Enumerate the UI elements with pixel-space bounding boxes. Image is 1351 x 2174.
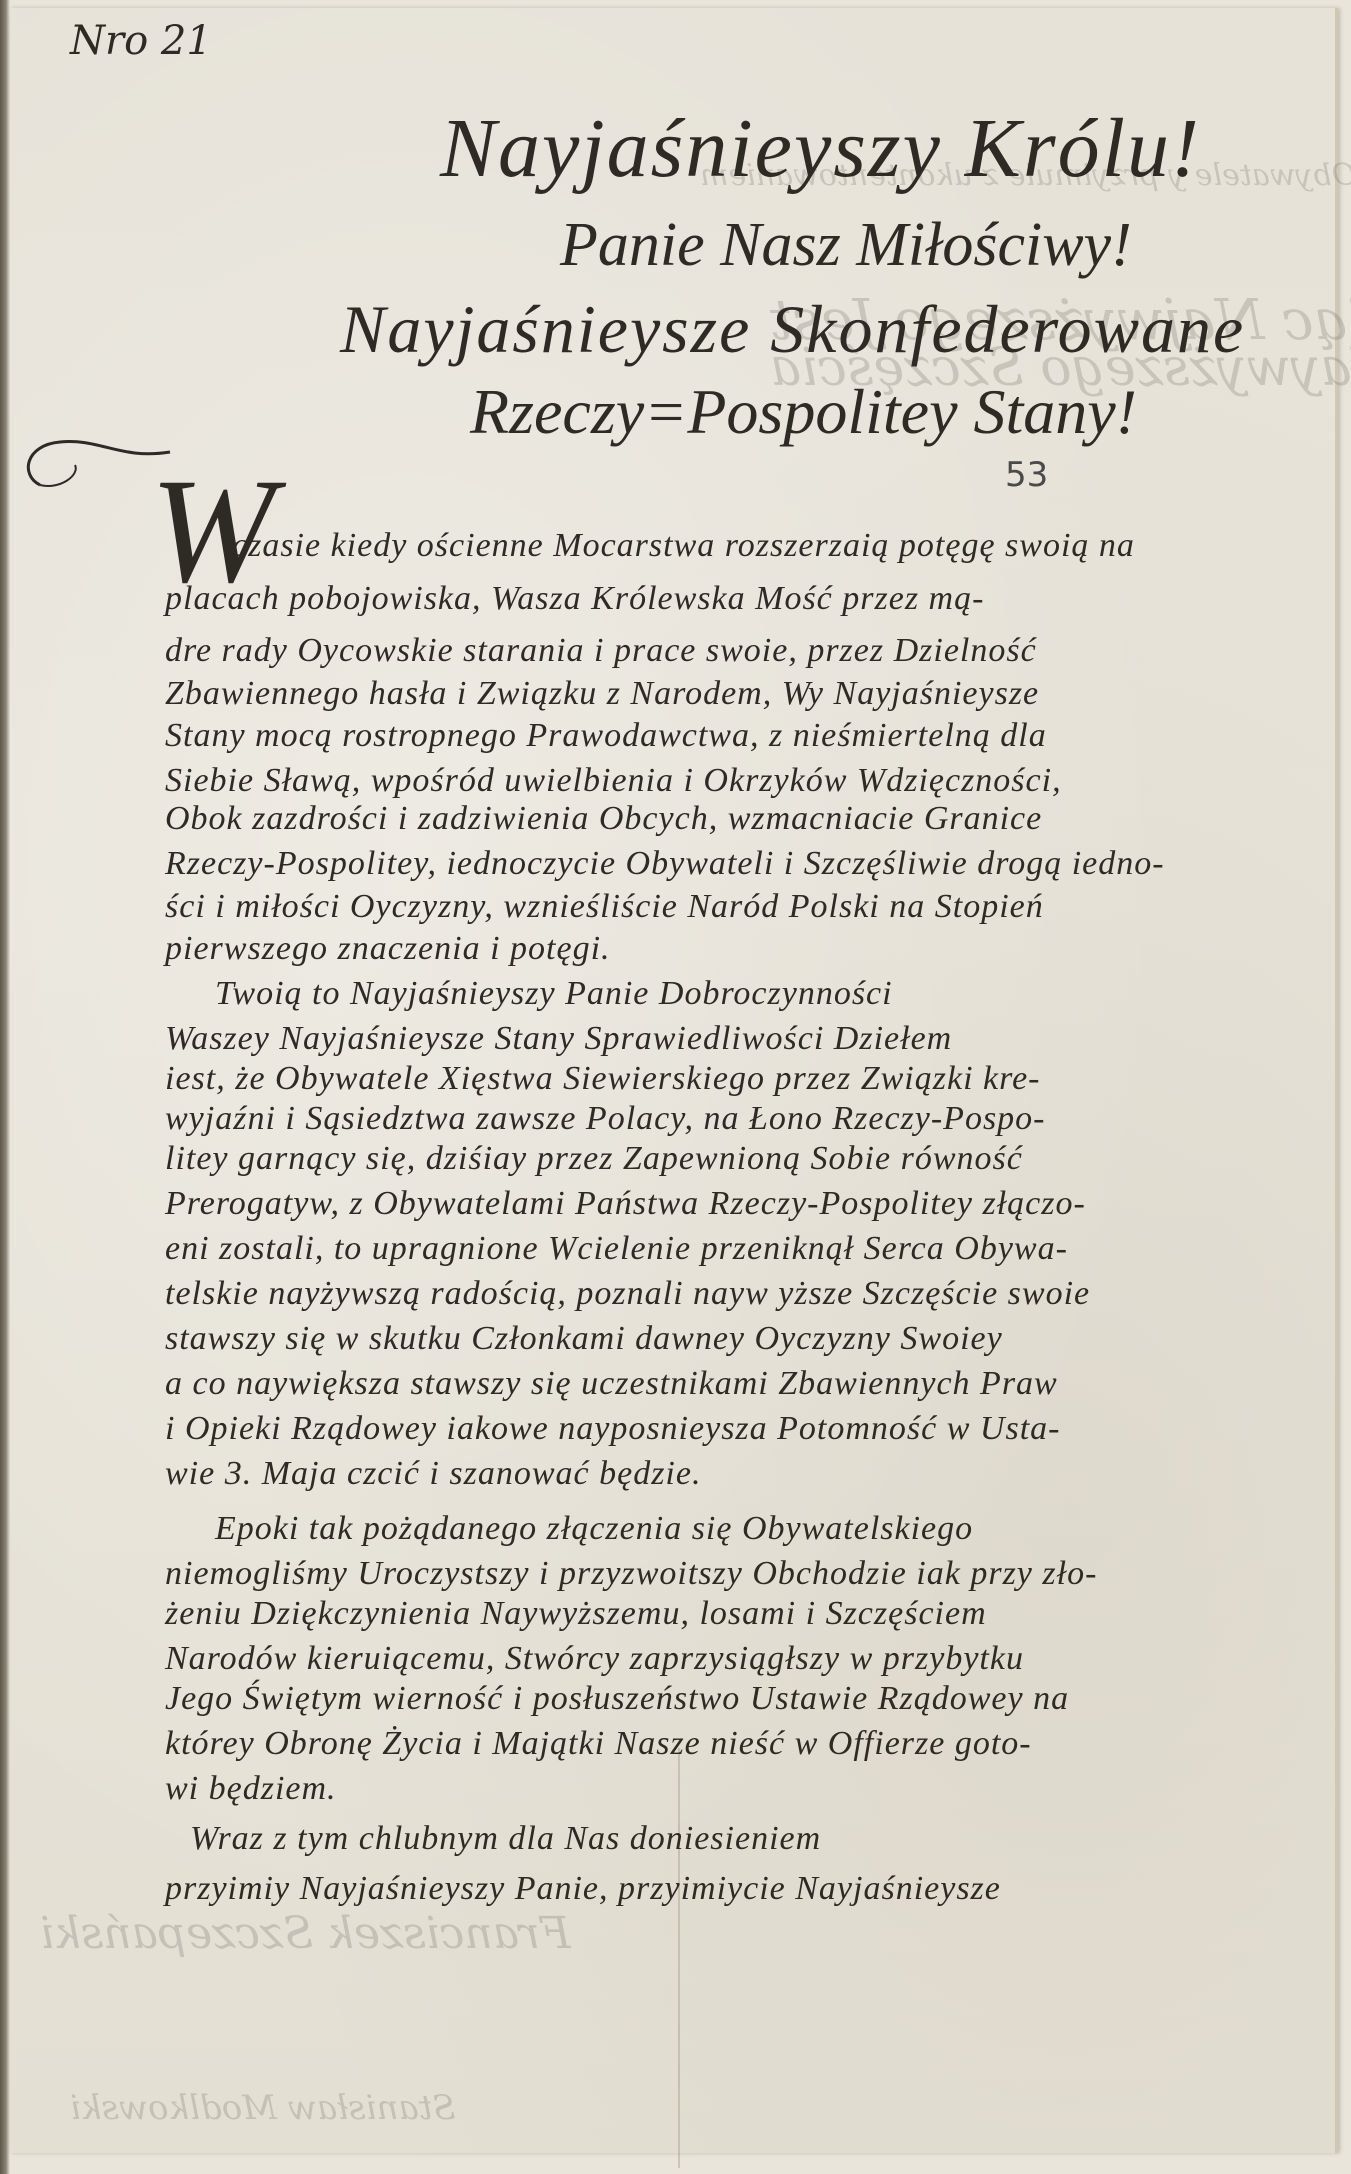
text-line: pierwszego znaczenia i potęgi. [165, 930, 611, 968]
text-line: Waszey Nayjaśnieysze Stany Sprawiedliwoś… [165, 1020, 952, 1058]
paper-fold-line [678, 1748, 680, 2168]
text-line: a co naywiększa stawszy się uczestnikami… [165, 1365, 1058, 1403]
text-line: iest, że Obywatele Xięstwa Siewierskiego… [165, 1060, 1041, 1098]
text-line: Rzeczy-Pospolitey, iednoczycie Obywateli… [165, 845, 1165, 883]
bleed-through-signature: Stanisław Modlkowski [70, 2088, 456, 2128]
text-line: Twoią to Nayjaśnieyszy Panie Dobroczynno… [215, 975, 893, 1013]
text-line: niemogliśmy Uroczystszy i przyzwoitszy O… [165, 1555, 1097, 1593]
text-line: ści i miłości Oyczyzny, wznieśliście Nar… [165, 888, 1044, 926]
document-number: Nro 21 [70, 18, 212, 64]
text-line: żeniu Dziękczynienia Naywyższemu, losami… [165, 1595, 987, 1633]
text-line: Jego Świętym wierność i posłuszeństwo Us… [165, 1680, 1069, 1718]
text-line: Zbawiennego hasła i Związku z Narodem, W… [165, 675, 1039, 713]
text-line: eni zostali, to upragnione Wcielenie prz… [165, 1230, 1068, 1268]
text-line: litey garnący się, dziśiay przez Zapewni… [165, 1140, 1023, 1178]
text-line: Siebie Sławą, wpośród uwielbienia i Okrz… [165, 762, 1062, 800]
text-line: czasie kiedy ościenne Mocarstwa rozszerz… [232, 527, 1135, 565]
text-line: Wraz z tym chlubnym dla Nas doniesieniem [190, 1820, 821, 1858]
salutation-republic: Rzeczy=Pospolitey Stany! [470, 375, 1137, 449]
text-line: wyjaźni i Sąsiedztwa zawsze Polacy, na Ł… [165, 1100, 1046, 1138]
salutation-estates: Nayjaśnieysze Skonfederowane [340, 290, 1245, 369]
text-line: Prerogatyw, z Obywatelami Państwa Rzeczy… [165, 1185, 1086, 1223]
text-line: przyimiy Nayjaśnieyszy Panie, przyimiyci… [165, 1870, 1001, 1908]
text-line: Epoki tak pożądanego złączenia się Obywa… [215, 1510, 973, 1548]
salutation-king: Nayjaśnieyszy Królu! [440, 100, 1201, 197]
text-line: Narodów kieruiącemu, Stwórcy zaprzysiągł… [165, 1640, 1024, 1678]
bleed-through-signature: Franciszek Szczepański [40, 1908, 571, 1959]
text-line: i Opieki Rządowey iakowe nayposnieysza P… [165, 1410, 1060, 1448]
text-line: dre rady Oycowskie starania i prace swoi… [165, 632, 1037, 670]
text-line: telskie nayżywszą radością, poznali nayw… [165, 1275, 1090, 1313]
text-line: placach pobojowiska, Wasza Królewska Moś… [165, 580, 984, 618]
text-line: którey Obronę Życia i Majątki Nasze nieś… [165, 1725, 1032, 1763]
text-line: Stany mocą rostropnego Prawodawctwa, z n… [165, 717, 1047, 755]
text-line: stawszy się w skutku Członkami dawney Oy… [165, 1320, 1003, 1358]
text-line: wi będziem. [165, 1770, 337, 1808]
folio-number: 53 [1005, 455, 1048, 495]
text-line: wie 3. Maja czcić i szanować będzie. [165, 1455, 701, 1493]
salutation-lord: Panie Nasz Miłościwy! [560, 210, 1132, 281]
text-line: Obok zazdrości i zadziwienia Obcych, wzm… [165, 800, 1042, 838]
